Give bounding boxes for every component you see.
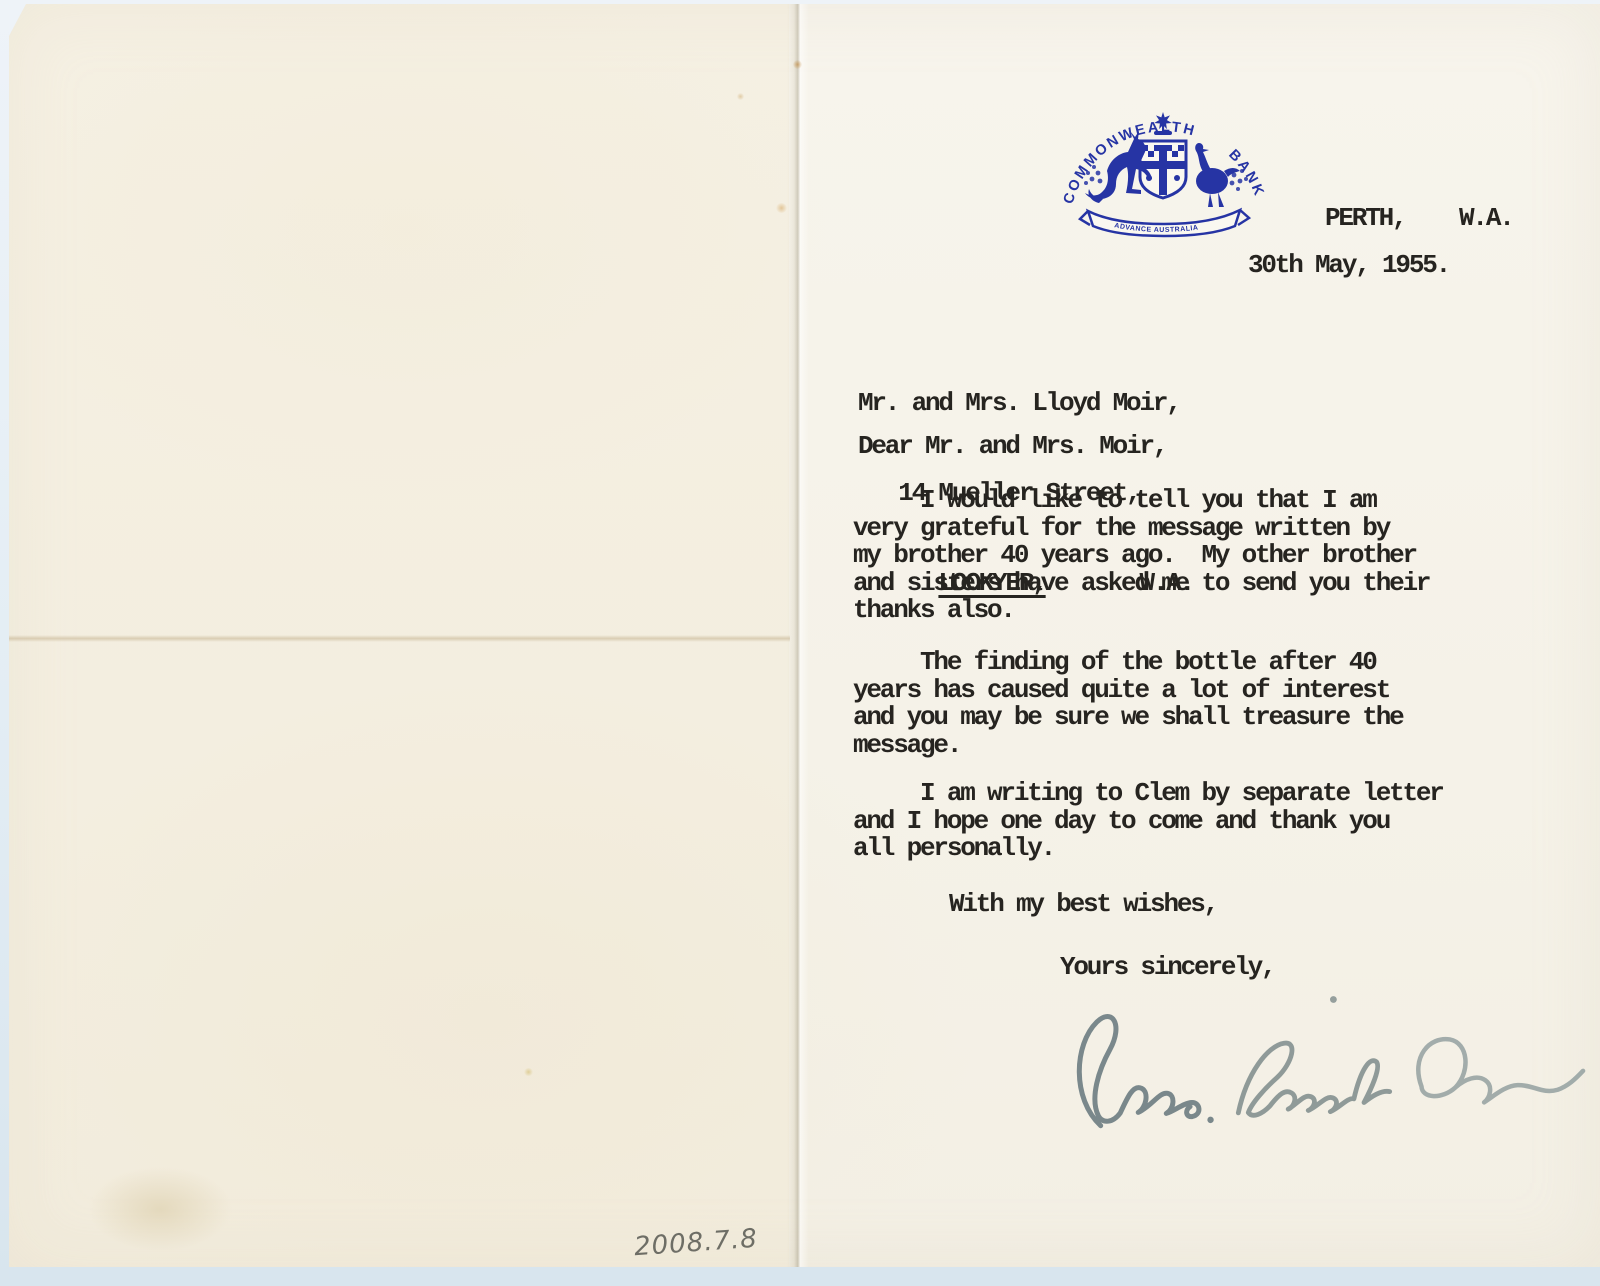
foxing-spot [776, 203, 787, 213]
crest-torse [1154, 131, 1172, 135]
foxing-spot [793, 60, 802, 69]
paragraph-3: I am writing to Clem by separate letter … [853, 780, 1443, 863]
paragraph-2: The finding of the bottle after 40 years… [853, 649, 1403, 759]
letterhead-date: 30th May, 1955. [1248, 252, 1449, 280]
horizontal-fold-crease [9, 635, 790, 642]
closing-wishes: With my best wishes, [949, 891, 1217, 919]
salutation: Dear Mr. and Mrs. Moir, [858, 433, 1166, 461]
vertical-fold-crease [787, 4, 809, 1267]
paper-stain [60, 1150, 260, 1268]
crest-shield [1140, 141, 1186, 198]
foxing-spot [524, 1068, 533, 1076]
commonwealth-bank-crest-logo: COMMONWEALTH BANK [1058, 87, 1270, 241]
motto-ribbon: ADVANCE AUSTRALIA [1080, 210, 1249, 236]
handwritten-signature [1037, 930, 1600, 1159]
foxing-spot [737, 93, 744, 100]
scanned-letter-screenshot: { "letter": { "letterhead": { "crest": {… [0, 0, 1600, 1286]
recipient-line: Mr. and Mrs. Lloyd Moir, [858, 388, 1193, 418]
letterhead-place: PERTH, W.A. [1325, 205, 1513, 233]
letter-paper: COMMONWEALTH BANK [9, 4, 1600, 1267]
paragraph-1: I would like to tell you that I am very … [853, 487, 1429, 625]
